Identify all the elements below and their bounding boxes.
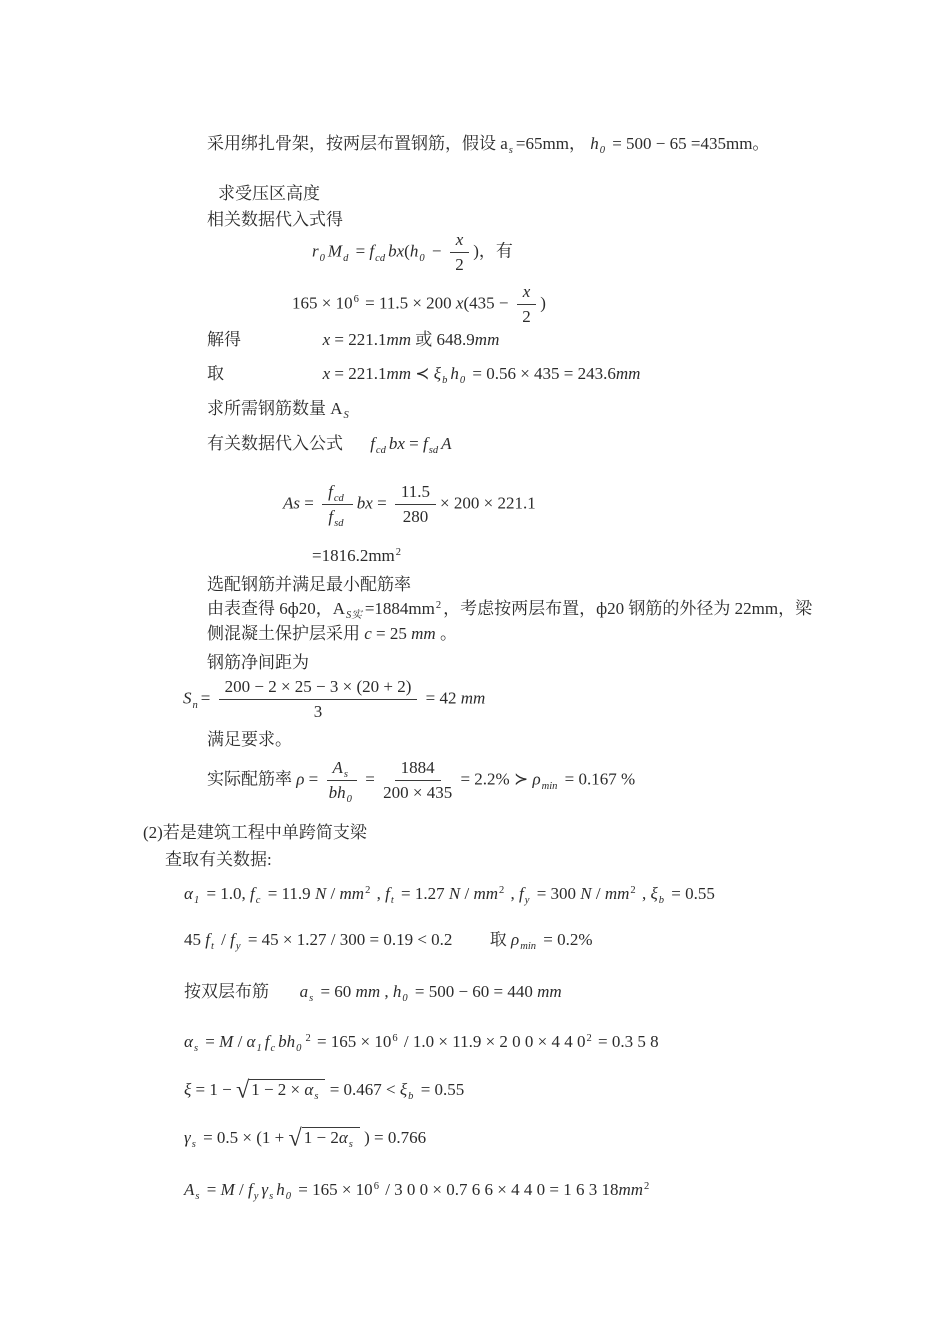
text-run: 侧混凝土保护层采用 <box>207 624 364 643</box>
fraction-numerator: As <box>327 757 358 781</box>
text-run: 2 <box>522 307 531 326</box>
superscript: 2 <box>305 1033 310 1044</box>
text-run: , <box>638 884 651 903</box>
fraction-denominator: 280 <box>403 505 429 528</box>
fraction-denominator: fsd <box>328 505 346 528</box>
text-run: 有关数据代入公式 <box>207 434 343 453</box>
fraction-numerator: 11.5 <box>395 481 436 505</box>
text-run: / <box>326 884 339 903</box>
text-run: ξ <box>650 884 657 903</box>
text-run: 选配钢筋并满足最小配筋率 <box>207 575 411 594</box>
fraction-denominator: 2 <box>522 305 531 328</box>
text-run: 3 <box>314 702 323 721</box>
superscript: 2 <box>365 885 370 896</box>
text-run: bh <box>329 783 346 802</box>
text-run: 采用绑扎骨架，按两层布置钢筋，假设 a <box>207 134 508 153</box>
text-run: / <box>233 1032 246 1051</box>
formula-rho-min: 45 ft / fy = 45 × 1.27 / 300 = 0.19 < 0.… <box>184 927 593 953</box>
text-run: 或 648.9 <box>411 330 475 349</box>
text-run: (435 − <box>463 294 512 313</box>
text-run: α <box>339 1128 348 1147</box>
text-run: = 11.5 × 200 <box>361 294 456 313</box>
superscript: 2 <box>630 885 635 896</box>
text-run: = 0.5 × (1 + <box>199 1128 289 1147</box>
text-run: 280 <box>403 507 429 526</box>
text-run: = 45 × 1.27 / 300 = 0.19 < 0.2 <box>244 930 453 949</box>
text-run: a <box>300 982 309 1001</box>
heading-compression-zone: 求受压区高度 <box>218 181 320 207</box>
text-run: = <box>201 1032 219 1051</box>
text-run: f <box>248 1180 253 1199</box>
formula-xi: ξ = 1 − √1 − 2 × αs = 0.467 < ξb = 0.55 <box>184 1077 464 1103</box>
fraction: fcdfsd <box>322 481 353 528</box>
subscript: min <box>520 941 536 952</box>
text-run: mm <box>473 884 498 903</box>
para-clear-spacing-label: 钢筋净间距为 <box>207 650 309 676</box>
text-run: = 2.2% ≻ <box>456 770 532 789</box>
text-run: 1 − 2 × <box>251 1080 304 1099</box>
text-run: = <box>201 689 215 708</box>
text-run: α <box>184 884 193 903</box>
text-run: ≺ <box>411 364 434 383</box>
text-run: M <box>219 1032 233 1051</box>
text-run: S <box>183 689 192 708</box>
text-run: ξ <box>400 1080 407 1099</box>
para-requirement-met: 满足要求。 <box>207 727 292 753</box>
text-run: = <box>203 1180 221 1199</box>
text-run: N <box>315 884 326 903</box>
text-run: = 0.467 < <box>325 1080 399 1099</box>
fraction: x2 <box>450 229 470 276</box>
text-run: ) <box>540 294 546 313</box>
text-run: , <box>506 884 519 903</box>
text-run: mm <box>605 884 630 903</box>
fraction-numerator: x <box>517 281 537 305</box>
text-run: , <box>380 982 393 1001</box>
text-run: f <box>519 884 524 903</box>
text-run: 钢筋净间距为 <box>207 653 309 672</box>
superscript: 6 <box>392 1033 397 1044</box>
subscript: 0 <box>460 375 465 386</box>
text-run: 。 <box>436 624 457 643</box>
text-run: mm <box>386 330 411 349</box>
text-run: / 3 0 0 × 0.7 6 6 × 4 4 0 = 1 6 3 18 <box>381 1180 619 1199</box>
radical-icon: √ <box>236 1076 249 1103</box>
subscript: s <box>192 1139 196 1150</box>
subscript: 0 <box>286 1191 291 1202</box>
subscript: b <box>408 1091 413 1102</box>
text-run: mm <box>475 330 500 349</box>
subscript: 1 <box>256 1043 261 1054</box>
text-run: 按双层布筋 <box>184 982 269 1001</box>
text-run: = <box>304 770 322 789</box>
subscript: s <box>194 1043 198 1054</box>
text-run: x <box>323 364 331 383</box>
subscript: s <box>349 1139 353 1150</box>
fraction-denominator: bh0 <box>329 781 355 804</box>
subscript: sd <box>334 518 343 529</box>
fraction-numerator: 200 − 2 × 25 − 3 × (20 + 2) <box>219 676 418 700</box>
fraction-numerator: 1884 <box>395 757 441 781</box>
text-run: 1884 <box>401 758 435 777</box>
formula-as-calc: As = fcdfsdbx = 11.5280× 200 × 221.1 <box>283 481 536 528</box>
text-run: mm <box>537 982 562 1001</box>
formula-take-x: 取x = 221.1mm ≺ ξbh0 = 0.56 × 435 = 243.6… <box>207 361 640 387</box>
text-run: f <box>423 434 428 453</box>
text-run: bh <box>278 1032 295 1051</box>
superscript: 2 <box>436 600 441 611</box>
text-run: x <box>323 330 331 349</box>
text-run: γ <box>261 1180 268 1199</box>
formula-material-params: α1 = 1.0, fc = 11.9 N / mm2 , ft = 1.27 … <box>184 881 715 907</box>
text-run: r <box>312 242 319 261</box>
text-run: h <box>590 134 599 153</box>
text-run: )，有 <box>473 242 513 261</box>
text-run: bx <box>357 494 373 513</box>
formula-as-result: =1816.2mm2 <box>312 543 403 569</box>
subscript: s <box>314 1091 318 1102</box>
text-run: = 300 <box>532 884 580 903</box>
text-run: N <box>449 884 460 903</box>
fraction: 11.5280 <box>395 481 436 528</box>
text-run: M <box>221 1180 235 1199</box>
text-run: 查取有关数据: <box>165 850 272 869</box>
para-lookup-data: 查取有关数据: <box>165 847 272 873</box>
text-run: ，考虑按两层布置，ф20 钢筋的外径为 22mm，梁 <box>443 599 812 618</box>
fraction-denominator: 3 <box>314 700 323 723</box>
text-run: 11.5 <box>401 482 430 501</box>
text-run: = 221.1 <box>330 364 386 383</box>
text-run: ρ <box>511 930 519 949</box>
text-run: = <box>373 494 391 513</box>
subscript: 0 <box>600 145 605 156</box>
text-run: / <box>592 884 605 903</box>
text-run: x <box>456 230 464 249</box>
text-run: = <box>351 242 369 261</box>
formula-double-layer: 按双层布筋as = 60 mm , h0 = 500 − 60 = 440 mm <box>184 979 562 1005</box>
text-run: h <box>276 1180 285 1199</box>
text-run: 165 × 10 <box>292 294 353 313</box>
text-run: , <box>372 884 385 903</box>
text-run: mm <box>618 1180 643 1199</box>
subscript: sd <box>429 445 438 456</box>
text-run: (2)若是建筑工程中单跨简支梁 <box>143 823 367 842</box>
text-run: =1884mm <box>365 599 435 618</box>
subscript: b <box>659 895 664 906</box>
text-run: = 165 × 10 <box>294 1180 373 1199</box>
text-run: f <box>328 507 333 526</box>
subscript: s <box>269 1191 273 1202</box>
fraction-denominator: 2 <box>455 253 464 276</box>
subscript: y <box>525 895 530 906</box>
formula-moment-equation: r0Md = fcdbx(h0 − x2)，有 <box>312 229 513 276</box>
formula-clear-spacing: Sn= 200 − 2 × 25 − 3 × (20 + 2)3 = 42 mm <box>183 676 485 723</box>
text-run: = 0.167 % <box>560 770 635 789</box>
subscript: s <box>344 769 348 780</box>
text-run: f <box>265 1032 270 1051</box>
subscript: s <box>195 1191 199 1202</box>
text-run: = 42 <box>421 689 460 708</box>
text-run: 实际配筋率 <box>207 770 296 789</box>
text-run: = 1 − <box>191 1080 236 1099</box>
subscript: cd <box>334 493 344 504</box>
text-run: 相关数据代入式得 <box>207 210 343 229</box>
fraction: 200 − 2 × 25 − 3 × (20 + 2)3 <box>219 676 418 723</box>
text-run: 满足要求。 <box>207 730 292 749</box>
superscript: 2 <box>499 885 504 896</box>
text-run: = 165 × 10 <box>313 1032 392 1051</box>
text-run: 200 × 435 <box>383 783 452 802</box>
para-rebar-selection: 由表查得 6ф20，AS实=1884mm2，考虑按两层布置，ф20 钢筋的外径为… <box>207 596 812 622</box>
formula-substitute-as: 有关数据代入公式fcdbx = fsdA <box>207 431 452 457</box>
text-run: f <box>370 434 375 453</box>
text-run: = <box>405 434 423 453</box>
subscript: min <box>542 781 558 792</box>
text-run: / 1.0 × 11.9 × 2 0 0 × 4 4 0 <box>400 1032 586 1051</box>
para-concrete-cover: 侧混凝土保护层采用 c = 25 mm 。 <box>207 621 457 647</box>
subscript: 0 <box>296 1043 301 1054</box>
subscript: n <box>193 700 198 711</box>
text-run: bx <box>389 434 405 453</box>
text-run: = 500 − 60 = 440 <box>411 982 538 1001</box>
text-run: = 11.9 <box>263 884 314 903</box>
subscript: 0 <box>320 253 325 264</box>
formula-solve-x: 解得x = 221.1mm 或 648.9mm <box>207 327 499 353</box>
superscript: 2 <box>644 1181 649 1192</box>
radical-icon: √ <box>289 1124 302 1151</box>
fraction: Asbh0 <box>327 757 358 804</box>
subscript: 0 <box>419 253 424 264</box>
superscript: 2 <box>396 547 401 558</box>
heading-part2: (2)若是建筑工程中单跨简支梁 <box>143 820 367 846</box>
text-run: mm <box>616 364 641 383</box>
text-run: h <box>393 982 402 1001</box>
text-run: As <box>283 494 300 513</box>
text-run: = 221.1 <box>330 330 386 349</box>
text-run: 解得 <box>207 330 241 349</box>
subscript: y <box>236 941 241 952</box>
text-run: ξ <box>434 364 441 383</box>
text-run: N <box>580 884 591 903</box>
text-run: =1816.2mm <box>312 546 395 565</box>
radicand: 1 − 2αs <box>302 1127 360 1147</box>
text-run: A <box>333 758 343 777</box>
text-run: ρ <box>532 770 540 789</box>
text-run: mm <box>356 982 381 1001</box>
text-run: = 1.27 <box>397 884 449 903</box>
text-run: A <box>184 1180 194 1199</box>
text-run: α <box>247 1032 256 1051</box>
text-run: f <box>328 482 333 501</box>
text-run: / <box>235 1180 248 1199</box>
subscript: y <box>254 1191 259 1202</box>
text-run: = 0.3 5 8 <box>594 1032 659 1051</box>
subscript: c <box>256 895 261 906</box>
text-run: = 500 − 65 =435mm。 <box>608 134 769 153</box>
text-run: 取 <box>490 930 511 949</box>
subscript: t <box>211 941 214 952</box>
subscript: 0 <box>402 993 407 1004</box>
text-run: f <box>250 884 255 903</box>
fraction: 1884200 × 435 <box>383 757 452 804</box>
text-run: mm <box>386 364 411 383</box>
text-run: α <box>184 1032 193 1051</box>
superscript: 2 <box>587 1033 592 1044</box>
square-root: √1 − 2 × αs <box>236 1080 325 1099</box>
superscript: 6 <box>354 294 359 305</box>
heading-select-rebar: 选配钢筋并满足最小配筋率 <box>207 572 411 598</box>
text-run: ) = 0.766 <box>360 1128 426 1147</box>
text-run: = <box>300 494 318 513</box>
subscript: c <box>270 1043 275 1054</box>
text-run: h <box>410 242 419 261</box>
text-run: = 25 <box>372 624 411 643</box>
heading-required-steel: 求所需钢筋数量 AS <box>207 396 352 422</box>
fraction-denominator: 200 × 435 <box>383 781 452 804</box>
text-run: α <box>304 1080 313 1099</box>
subscript: S <box>344 410 349 421</box>
fraction-numerator: fcd <box>322 481 353 505</box>
formula-moment-numeric: 165 × 106 = 11.5 × 200 x(435 − x2) <box>292 281 546 328</box>
subscript: s <box>309 993 313 1004</box>
subscript: s <box>509 145 513 156</box>
text-run: A <box>441 434 451 453</box>
fraction-numerator: x <box>450 229 470 253</box>
text-run: bx <box>388 242 404 261</box>
para-rebar-arrangement: 采用绑扎骨架，按两层布置钢筋，假设 as=65mm， h0 = 500 − 65… <box>207 131 769 157</box>
text-run: c <box>364 624 372 643</box>
text-run: 取 <box>207 364 224 383</box>
text-run: mm <box>411 624 436 643</box>
subscript: b <box>442 375 447 386</box>
text-run: 45 <box>184 930 205 949</box>
text-run: = 0.56 × 435 = 243.6 <box>468 364 616 383</box>
text-run: f <box>369 242 374 261</box>
text-run: f <box>385 884 390 903</box>
text-run: = 0.2% <box>539 930 593 949</box>
text-run: = 0.55 <box>416 1080 464 1099</box>
text-run: γ <box>184 1128 191 1147</box>
subscript: S实 <box>346 610 362 621</box>
subscript: cd <box>376 445 386 456</box>
formula-reinforcement-ratio: 实际配筋率 ρ = Asbh0 = 1884200 × 435 = 2.2% ≻… <box>207 757 635 804</box>
text-run: 2 <box>455 255 464 274</box>
text-run: 200 − 2 × 25 − 3 × (20 + 2) <box>225 677 412 696</box>
text-run: = 60 <box>316 982 355 1001</box>
text-run: f <box>230 930 235 949</box>
text-run: f <box>205 930 210 949</box>
subscript: 1 <box>194 895 199 906</box>
text-run: 由表查得 6ф20，A <box>207 599 345 618</box>
text-run: x <box>523 282 531 301</box>
fraction: x2 <box>517 281 537 328</box>
document-page: 采用绑扎骨架，按两层布置钢筋，假设 as=65mm， h0 = 500 − 65… <box>0 0 950 1343</box>
text-run: h <box>450 364 459 383</box>
text-run: 求受压区高度 <box>218 184 320 203</box>
text-run: = 1.0, <box>202 884 250 903</box>
text-run: =65mm， <box>516 134 590 153</box>
radicand: 1 − 2 × αs <box>249 1079 325 1099</box>
subscript: t <box>391 895 394 906</box>
text-run: × 200 × 221.1 <box>440 494 536 513</box>
text-run: = <box>361 770 379 789</box>
subscript: cd <box>375 253 385 264</box>
formula-alpha-s: αs = M / α1fcbh02 = 165 × 106 / 1.0 × 11… <box>184 1029 659 1055</box>
text-run: = 0.55 <box>667 884 715 903</box>
text-run: 求所需钢筋数量 A <box>207 399 343 418</box>
formula-gamma-s: γs = 0.5 × (1 + √1 − 2αs ) = 0.766 <box>184 1125 426 1151</box>
text-run: / <box>217 930 230 949</box>
text-run: / <box>460 884 473 903</box>
superscript: 6 <box>374 1181 379 1192</box>
formula-as-final: As = M / fyγsh0 = 165 × 106 / 3 0 0 × 0.… <box>184 1177 651 1203</box>
subscript: d <box>343 253 348 264</box>
text-run: mm <box>461 689 486 708</box>
text-run: 1 − 2 <box>304 1128 339 1147</box>
text-run: − <box>428 242 446 261</box>
square-root: √1 − 2αs <box>289 1128 360 1147</box>
subscript: 0 <box>347 794 352 805</box>
text-run: mm <box>340 884 365 903</box>
text-run: M <box>328 242 342 261</box>
